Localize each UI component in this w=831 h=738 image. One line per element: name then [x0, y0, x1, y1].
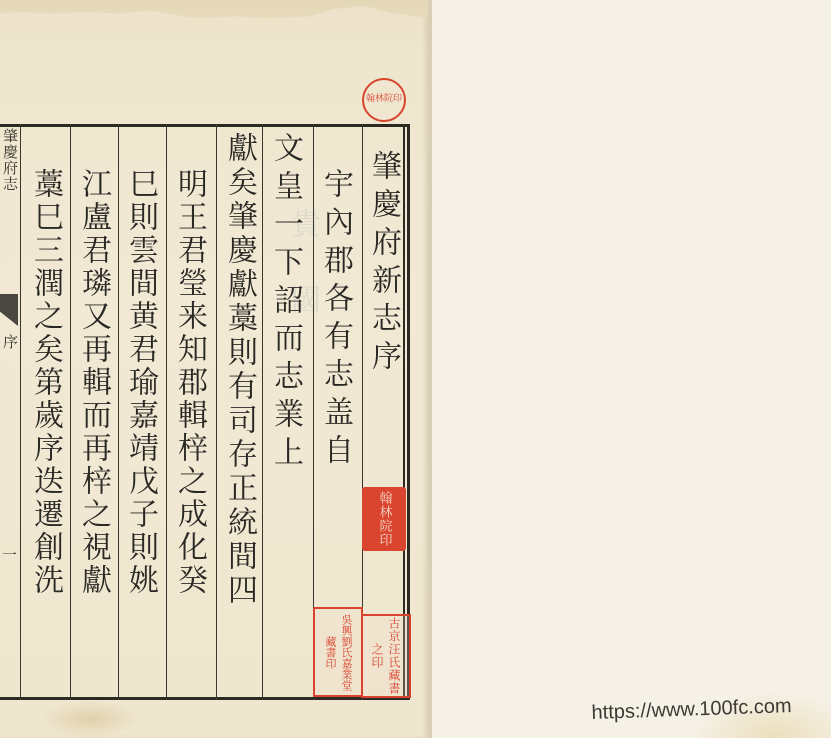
column-text-7: 藁巳三潤之矣第歲序迭遷創洗: [30, 168, 60, 597]
column-rule: [166, 124, 167, 700]
water-stain-top: [0, 0, 428, 30]
column-text-2: 文皇一下詔而志業上: [270, 132, 300, 474]
left-page: 貴 國 肇慶府志 序 一 肇慶府新志序 宇內郡各有志盖自 文皇一下詔而志業上 獻…: [0, 0, 428, 738]
banxin-section-label: 序: [0, 334, 21, 349]
right-page-blank: [432, 0, 831, 738]
column-rule: [70, 124, 71, 700]
column-title: 肇慶府新志序: [368, 150, 398, 378]
banxin-book-title: 肇慶府志: [0, 128, 21, 192]
column-text-4: 明王君瑩来知郡輯梓之成化癸: [174, 168, 204, 597]
column-text-3: 獻矣肇慶獻藁則有司存正統間四: [224, 132, 254, 608]
frame-inner-rule: [403, 127, 405, 697]
column-text-6: 江盧君璘又再輯而再梓之視獻: [78, 168, 108, 597]
water-stain-bottom: [40, 700, 140, 738]
banxin-fold-margin: 肇慶府志 序 一: [0, 124, 20, 700]
collector-seal-left: 吳興劉氏嘉業堂藏書印: [313, 607, 363, 697]
banxin-page-number: 一: [2, 544, 17, 565]
column-text-5: 巳則雲間黄君瑜嘉靖戊子則姚: [125, 168, 155, 597]
column-rule: [262, 124, 263, 700]
column-rule: [216, 124, 217, 700]
banxin-rule: [20, 124, 21, 700]
round-seal: 翰林院印: [362, 78, 406, 122]
column-text-1: 宇內郡各有志盖自: [320, 168, 350, 472]
square-red-seal: 翰林院印: [362, 487, 406, 551]
fishtail-mark-icon: [0, 294, 18, 326]
column-rule: [118, 124, 119, 700]
collector-seal-right: 古京汪氏藏書之印: [361, 614, 411, 698]
